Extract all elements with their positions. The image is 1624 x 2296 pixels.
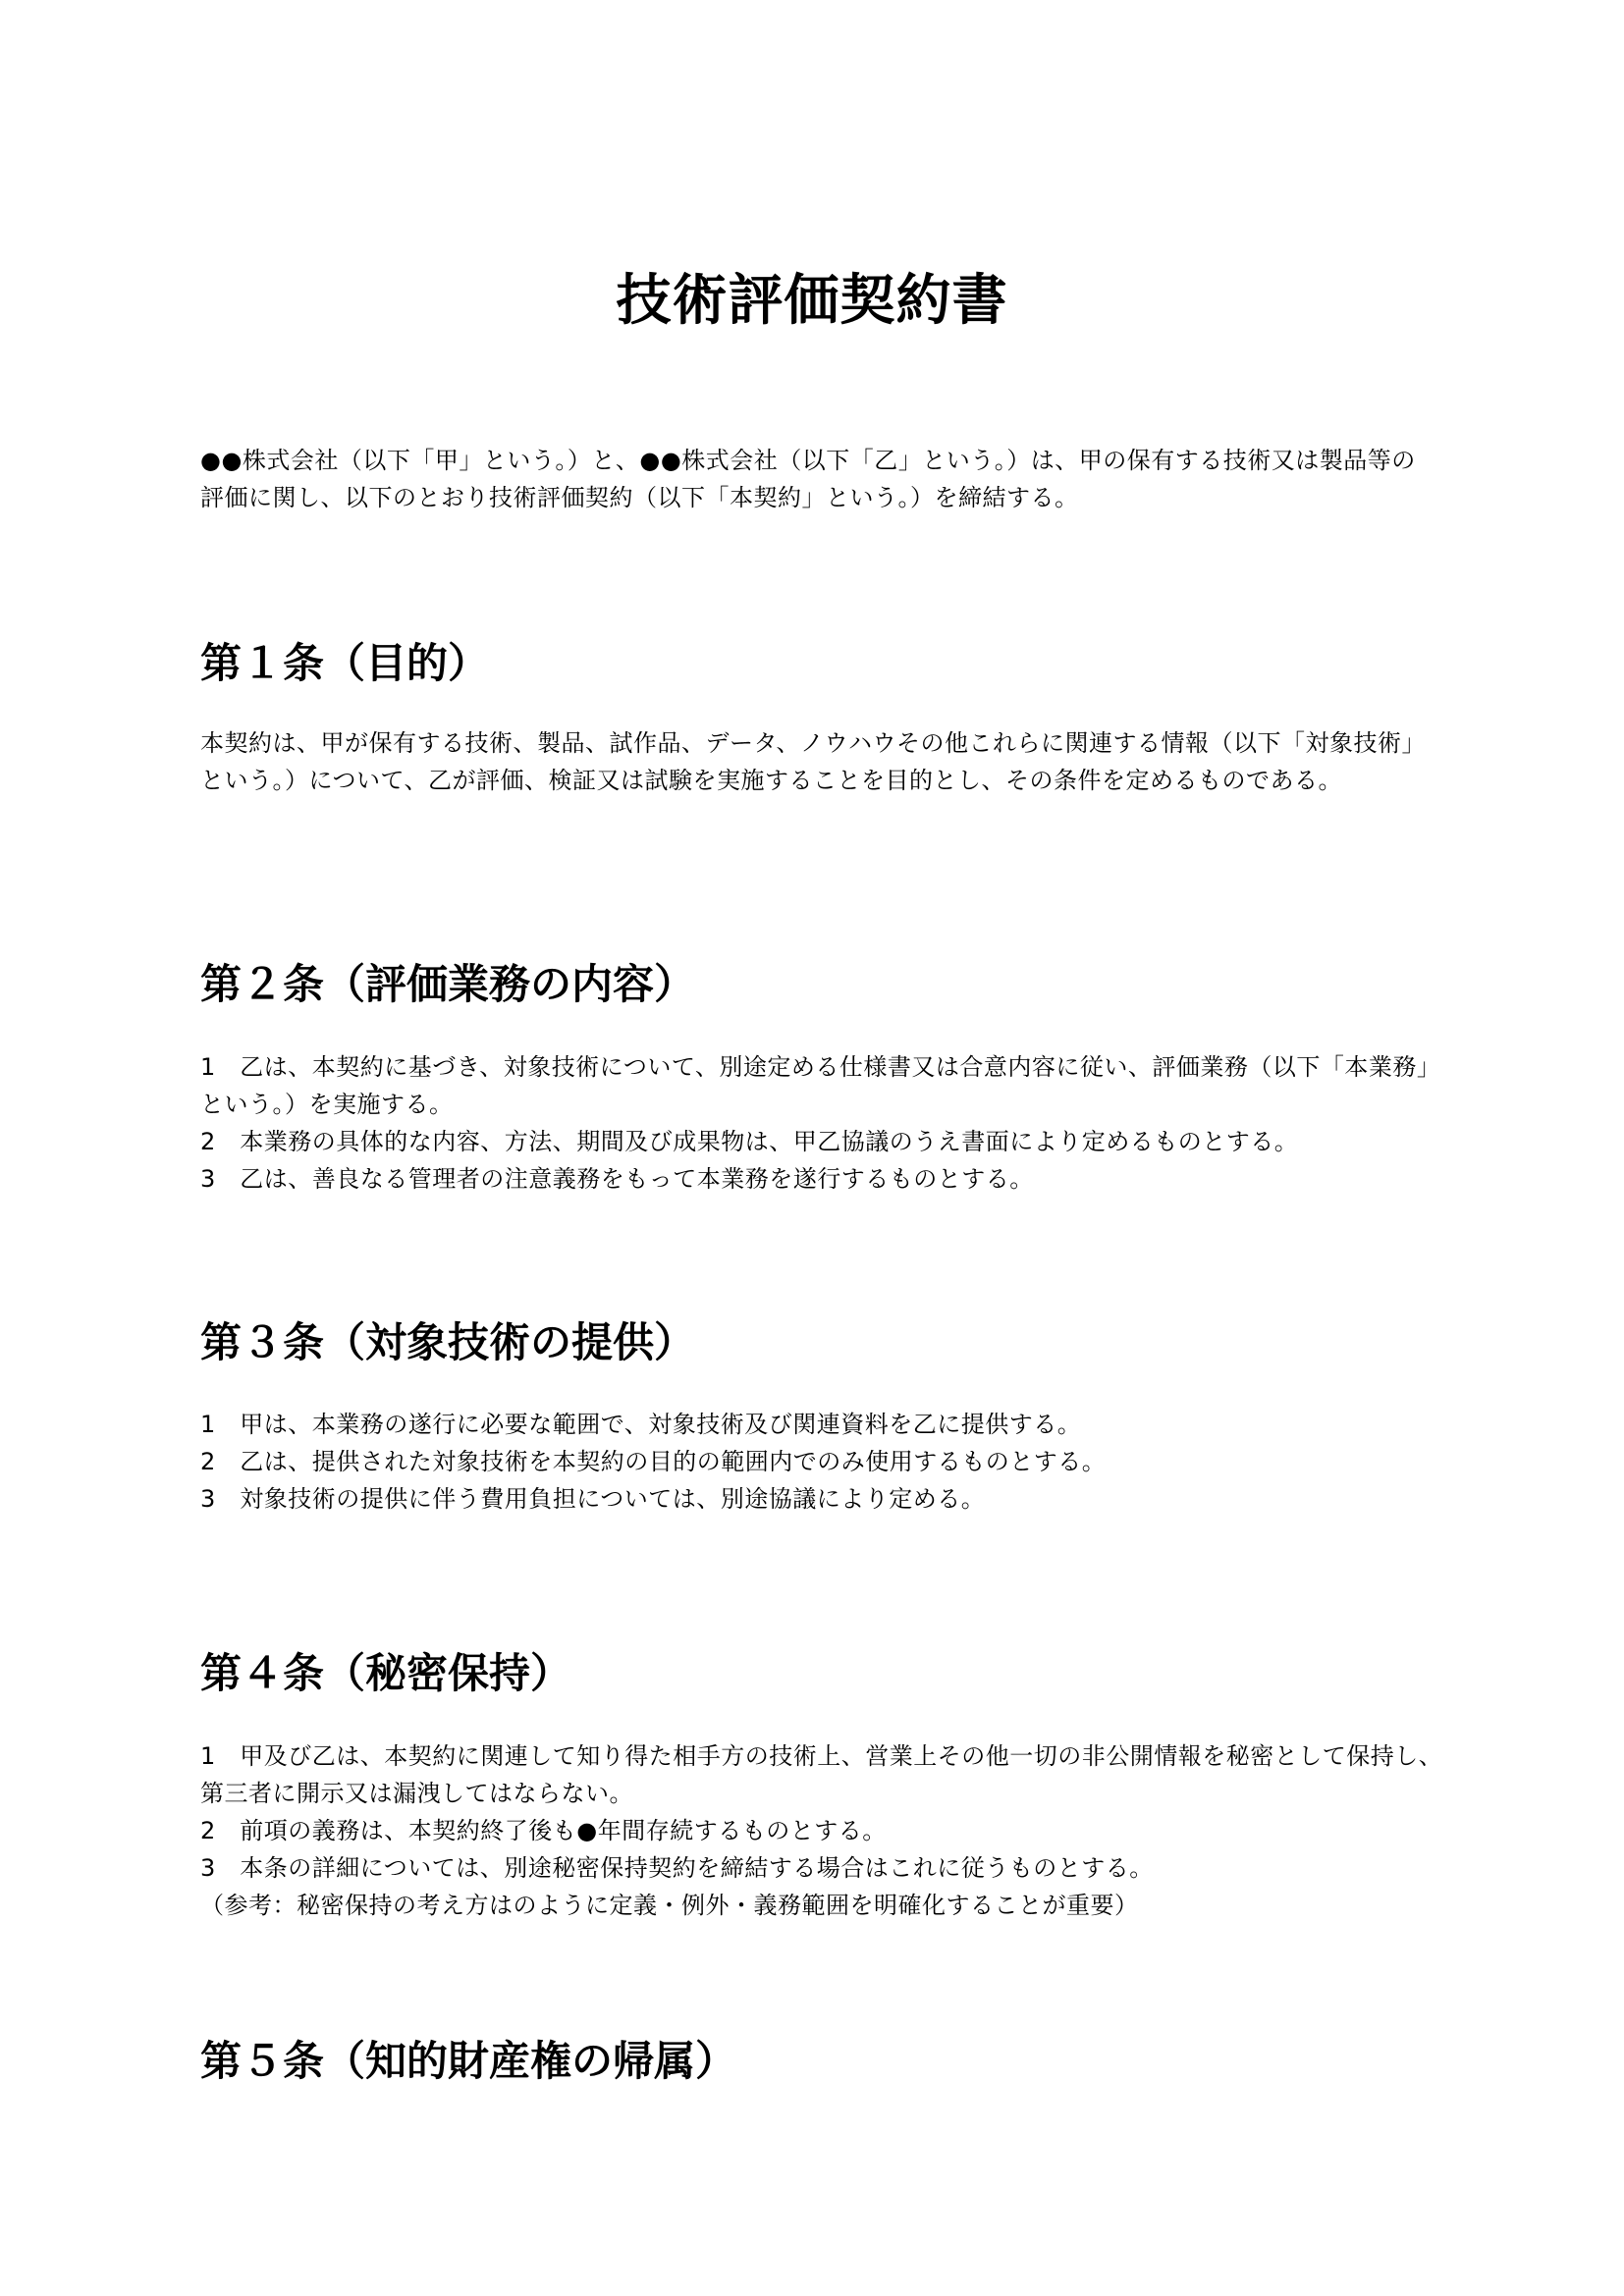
article-4-paragraph-1: 1 甲及び乙は、本契約に関連して知り得た相手方の技術上、営業上その他一切の非公開… (200, 1737, 1447, 1812)
article-2-body: 1 乙は、本契約に基づき、対象技術について、別途定める仕様書又は合意内容に従い、… (200, 1048, 1447, 1198)
document-title: 技術評価契約書 (0, 267, 1624, 336)
article-3-heading: 第３条（対象技術の提供） (200, 1315, 695, 1370)
article-4-body: 1 甲及び乙は、本契約に関連して知り得た相手方の技術上、営業上その他一切の非公開… (200, 1737, 1447, 1924)
article-3-paragraph-1: 1 甲は、本業務の遂行に必要な範囲で、対象技術及び関連資料を乙に提供する。 (200, 1406, 1447, 1443)
article-4-heading: 第４条（秘密保持） (200, 1646, 571, 1701)
article-5-heading: 第５条（知的財産権の帰属） (200, 2034, 736, 2089)
article-3-paragraph-2: 2 乙は、提供された対象技術を本契約の目的の範囲内でのみ使用するものとする。 (200, 1443, 1447, 1480)
article-3-paragraph-3: 3 対象技術の提供に伴う費用負担については、別途協議により定める。 (200, 1480, 1447, 1518)
article-1-paragraph-1: 本契約は、甲が保有する技術、製品、試作品、データ、ノウハウその他これらに関連する… (200, 724, 1447, 799)
article-2-paragraph-2: 2 本業務の具体的な内容、方法、期間及び成果物は、甲乙協議のうえ書面により定める… (200, 1123, 1447, 1160)
article-4-paragraph-3: 3 本条の詳細については、別途秘密保持契約を締結する場合はこれに従うものとする。 (200, 1849, 1447, 1887)
article-2-paragraph-1: 1 乙は、本契約に基づき、対象技術について、別途定める仕様書又は合意内容に従い、… (200, 1048, 1447, 1123)
article-1-body: 本契約は、甲が保有する技術、製品、試作品、データ、ノウハウその他これらに関連する… (200, 724, 1447, 799)
article-2-heading: 第２条（評価業務の内容） (200, 957, 695, 1012)
article-4-paragraph-2: 2 前項の義務は、本契約終了後も●年間存続するものとする。 (200, 1812, 1447, 1849)
article-4-note: （参考：秘密保持の考え方はのように定義・例外・義務範囲を明確化することが重要） (200, 1887, 1447, 1924)
document-page: 技術評価契約書 ●●株式会社（以下「甲」という。）と、●●株式会社（以下「乙」と… (0, 0, 1624, 2296)
article-3-body: 1 甲は、本業務の遂行に必要な範囲で、対象技術及び関連資料を乙に提供する。 2 … (200, 1406, 1447, 1518)
article-1-heading: 第１条（目的） (200, 636, 489, 691)
article-2-paragraph-3: 3 乙は、善良なる管理者の注意義務をもって本業務を遂行するものとする。 (200, 1160, 1447, 1198)
intro-paragraph: ●●株式会社（以下「甲」という。）と、●●株式会社（以下「乙」という。）は、甲の… (200, 442, 1437, 516)
